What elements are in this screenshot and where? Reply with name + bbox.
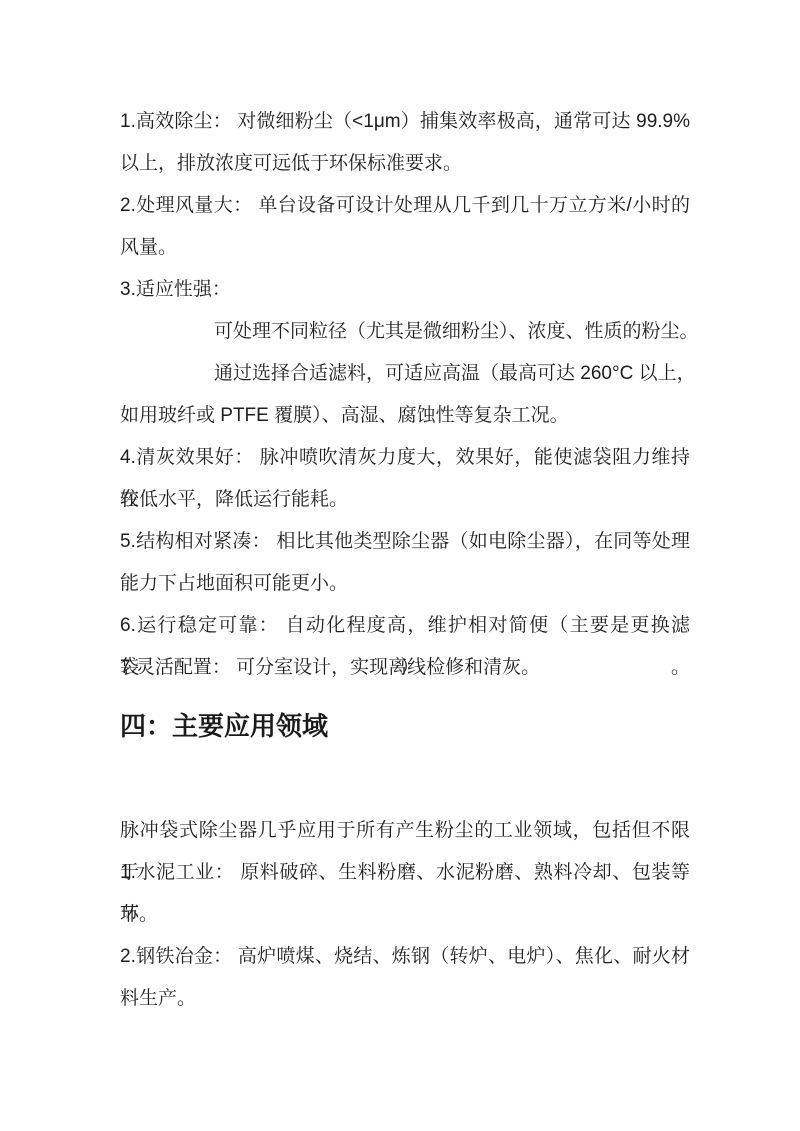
text-line: 2.钢铁冶金： 高炉喷煤、烧结、炼钢（转炉、电炉）、焦化、耐火材 [120, 936, 690, 978]
text-line: 风量。 [120, 227, 690, 269]
text-line: 如用玻纤或 PTFE 覆膜）、高湿、腐蚀性等复杂工况。 [120, 395, 690, 437]
text-line: 1.高效除尘： 对微细粉尘（<1μm）捕集效率极高，通常可达 99.9% [120, 101, 690, 143]
text-line: 较低水平，降低运行能耗。 [120, 479, 690, 521]
section-heading: 四：主要应用领域 [120, 703, 690, 749]
text-line: 6.运行稳定可靠： 自动化程度高，维护相对简便（主要是更换滤袋）。 [120, 605, 690, 647]
applications-list: 脉冲袋式除尘器几乎应用于所有产生粉尘的工业领域，包括但不限于：1.水泥工业： 原… [120, 810, 690, 1020]
text-line: 4.清灰效果好： 脉冲喷吹清灰力度大，效果好，能使滤袋阻力维持在 [120, 437, 690, 479]
text-line: 5.结构相对紧凑： 相比其他类型除尘器（如电除尘器），在同等处理 [120, 521, 690, 563]
text-line: 以上，排放浓度可远低于环保标准要求。 [120, 143, 690, 185]
text-line: 3.适应性强： [120, 269, 690, 311]
text-line: 节。 [120, 894, 690, 936]
text-line: 能力下占地面积可能更小。 [120, 563, 690, 605]
text-line: 可处理不同粒径（尤其是微细粉尘）、浓度、性质的粉尘。 [120, 311, 690, 353]
text-line: 料生产。 [120, 978, 690, 1020]
document-page: 1.高效除尘： 对微细粉尘（<1μm）捕集效率极高，通常可达 99.9%以上，排… [0, 0, 800, 1131]
features-list: 1.高效除尘： 对微细粉尘（<1μm）捕集效率极高，通常可达 99.9%以上，排… [120, 101, 690, 689]
text-line: 2.处理风量大： 单台设备可设计处理从几千到几十万立方米/小时的 [120, 185, 690, 227]
text-line: 脉冲袋式除尘器几乎应用于所有产生粉尘的工业领域，包括但不限于： [120, 810, 690, 852]
text-line: 1.水泥工业： 原料破碎、生料粉磨、水泥粉磨、熟料冷却、包装等环 [120, 852, 690, 894]
document-content: 1.高效除尘： 对微细粉尘（<1μm）捕集效率极高，通常可达 99.9%以上，排… [120, 101, 690, 1020]
text-line: 通过选择合适滤料，可适应高温（最高可达 260°C 以上， [120, 353, 690, 395]
